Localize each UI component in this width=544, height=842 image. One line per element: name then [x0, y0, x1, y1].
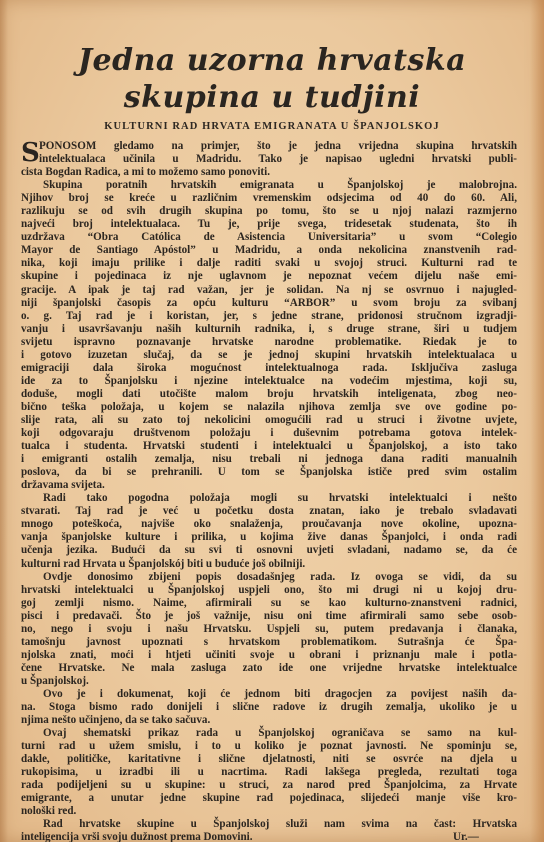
text-line: o. g. Taj rad je i koristan, jer, s jedn…	[21, 310, 517, 323]
text-line: gracije. A ipak je taj rad važan, jer je…	[21, 284, 517, 297]
text-line: poslova, da bi se prehranili. U tom se Š…	[21, 466, 517, 479]
text-line: njolska znati, moći i htjeti učiniti svo…	[21, 649, 517, 662]
text-line: slije rata, ali su zato toj nekolicini o…	[21, 414, 517, 427]
text-line: Mayor de Santiago Apóstol” u Madridu, a …	[21, 244, 517, 257]
text-line: uzdržava “Obra Católica de Asistencia Un…	[21, 231, 517, 244]
editor-signature: Ur.—	[453, 831, 479, 842]
text-line: inteligencija vrši svoju dužnost prema D…	[21, 831, 253, 842]
text-line: skupine i pojedinaca iz nje uglavnom je …	[21, 270, 517, 283]
text-line: niji španjolski časopis za opću kulturu …	[21, 297, 517, 310]
paragraph-start-line: Skupina poratnih hrvatskih emigranata u …	[21, 179, 517, 192]
text-line: u Španjolskoj.	[21, 675, 517, 688]
text-line: rada podijeljeni su u skupine: u struci,…	[21, 779, 517, 792]
text-line: tamošnju javnost upoznati s hrvatskom pr…	[21, 636, 517, 649]
text-line: svijetu ispravno poznavanje hrvatske nar…	[21, 336, 517, 349]
text-line: no, nego i svoju i našu Hrvatsku. Uspjel…	[21, 623, 517, 636]
article-title-line2: skupina u tudjini	[0, 80, 544, 115]
text-line: nika, koji imaju prilike i dalje raditi …	[21, 257, 517, 270]
final-line: inteligencija vrši svoju dužnost prema D…	[21, 831, 517, 842]
text-line: pisci i predavači. Što je još važnije, n…	[21, 610, 517, 623]
paragraph-start-line: Ovaj shematski prikaz rada u Španjolskoj…	[21, 727, 517, 740]
text-line: čene Hrvatske. Ne mala zasluga zato ide …	[21, 662, 517, 675]
paragraph-start-line: Ovo je i dokumenat, koji će jednom biti …	[21, 688, 517, 701]
text-line: kulturni rad Hrvata u Španjolskój biti u…	[21, 558, 517, 571]
paragraph-start-line: Rad hrvatske skupine u Španjolskoj služi…	[21, 818, 517, 831]
text-line: i gotovo izuzetan slučaj, da se je jedno…	[21, 349, 517, 362]
text-line: i emigranti ostalih zemalja, nisu trebal…	[21, 453, 517, 466]
text-line: nološki red.	[21, 805, 517, 818]
text-line: intelektualaca učinila u Madridu. Tako j…	[21, 153, 517, 166]
text-line: vanju i usavršavanju naših kulturnih rad…	[21, 323, 517, 336]
text-line: Njihov broj se kreće u različnim vremens…	[21, 192, 517, 205]
text-line: cista Bogdan Radica, a mi to možemo samo…	[21, 166, 517, 179]
text-line: hrvatski intelektualci u Španjolskoj usp…	[21, 584, 517, 597]
text-line: njima nešto učinjeno, da se tako sačuva.	[21, 714, 517, 727]
text-line: ide za to Španjolsku i njezine intelektu…	[21, 375, 517, 388]
text-line: koji odgovaraju društvenom položaju i du…	[21, 427, 517, 440]
text-line: mnogo poteškoća, najviše oko snalaženja,…	[21, 518, 517, 531]
document-page: Jedna uzorna hrvatska skupina u tudjini …	[0, 0, 544, 842]
text-line: razlikuju se od svih drugih skupina po t…	[21, 205, 517, 218]
drop-cap: S	[21, 140, 40, 166]
text-line: na. Stoga bismo rado donijeli i slične r…	[21, 701, 517, 714]
text-line: doduše, mogli dati utočište malom broju …	[21, 388, 517, 401]
text-line: goj zemlji nismo. Naime, afirmirali su s…	[21, 597, 517, 610]
article-body: S PONOSOM gledamo na primjer, što je jed…	[21, 140, 517, 842]
text-line: emigraciji dala široka mogućnost intelek…	[21, 362, 517, 375]
text-line: tualca i studenta. Hrvatski studenti i i…	[21, 440, 517, 453]
text-line: stvarati. Taj rad je već u početku dosta…	[21, 505, 517, 518]
text-line: bično teška položaja, u kojem se nalazil…	[21, 401, 517, 414]
text-line: rukopisima, u izradbi ili u nacrtima. Ra…	[21, 766, 517, 779]
paragraph-start-line: Radi tako pogodna položaja mogli su hrva…	[21, 492, 517, 505]
text-line: državama svijeta.	[21, 479, 517, 492]
text-line: učenja jezika. Budući da su svi ti osnov…	[21, 544, 517, 557]
paragraph-start-line: Ovdje donosimo zbijeni popis dosadašnjeg…	[21, 571, 517, 584]
text-line: vanja španjolske kulture i prilika, u ko…	[21, 531, 517, 544]
article-subtitle: KULTURNI RAD HRVATA EMIGRANATA U ŠPANJOL…	[0, 121, 544, 132]
text-line: PONOSOM gledamo na primjer, što je jedna…	[21, 140, 517, 153]
text-line: dakle, političke, karitativne i slične d…	[21, 753, 517, 766]
article-title-line1: Jedna uzorna hrvatska	[0, 43, 544, 78]
text-line: turni rad u užem smislu, i to u koliko j…	[21, 740, 517, 753]
text-line: najveći broj intelektualaca. Tu je, prij…	[21, 218, 517, 231]
text-line: emigrante, a unutar jedne skupine rad po…	[21, 792, 517, 805]
